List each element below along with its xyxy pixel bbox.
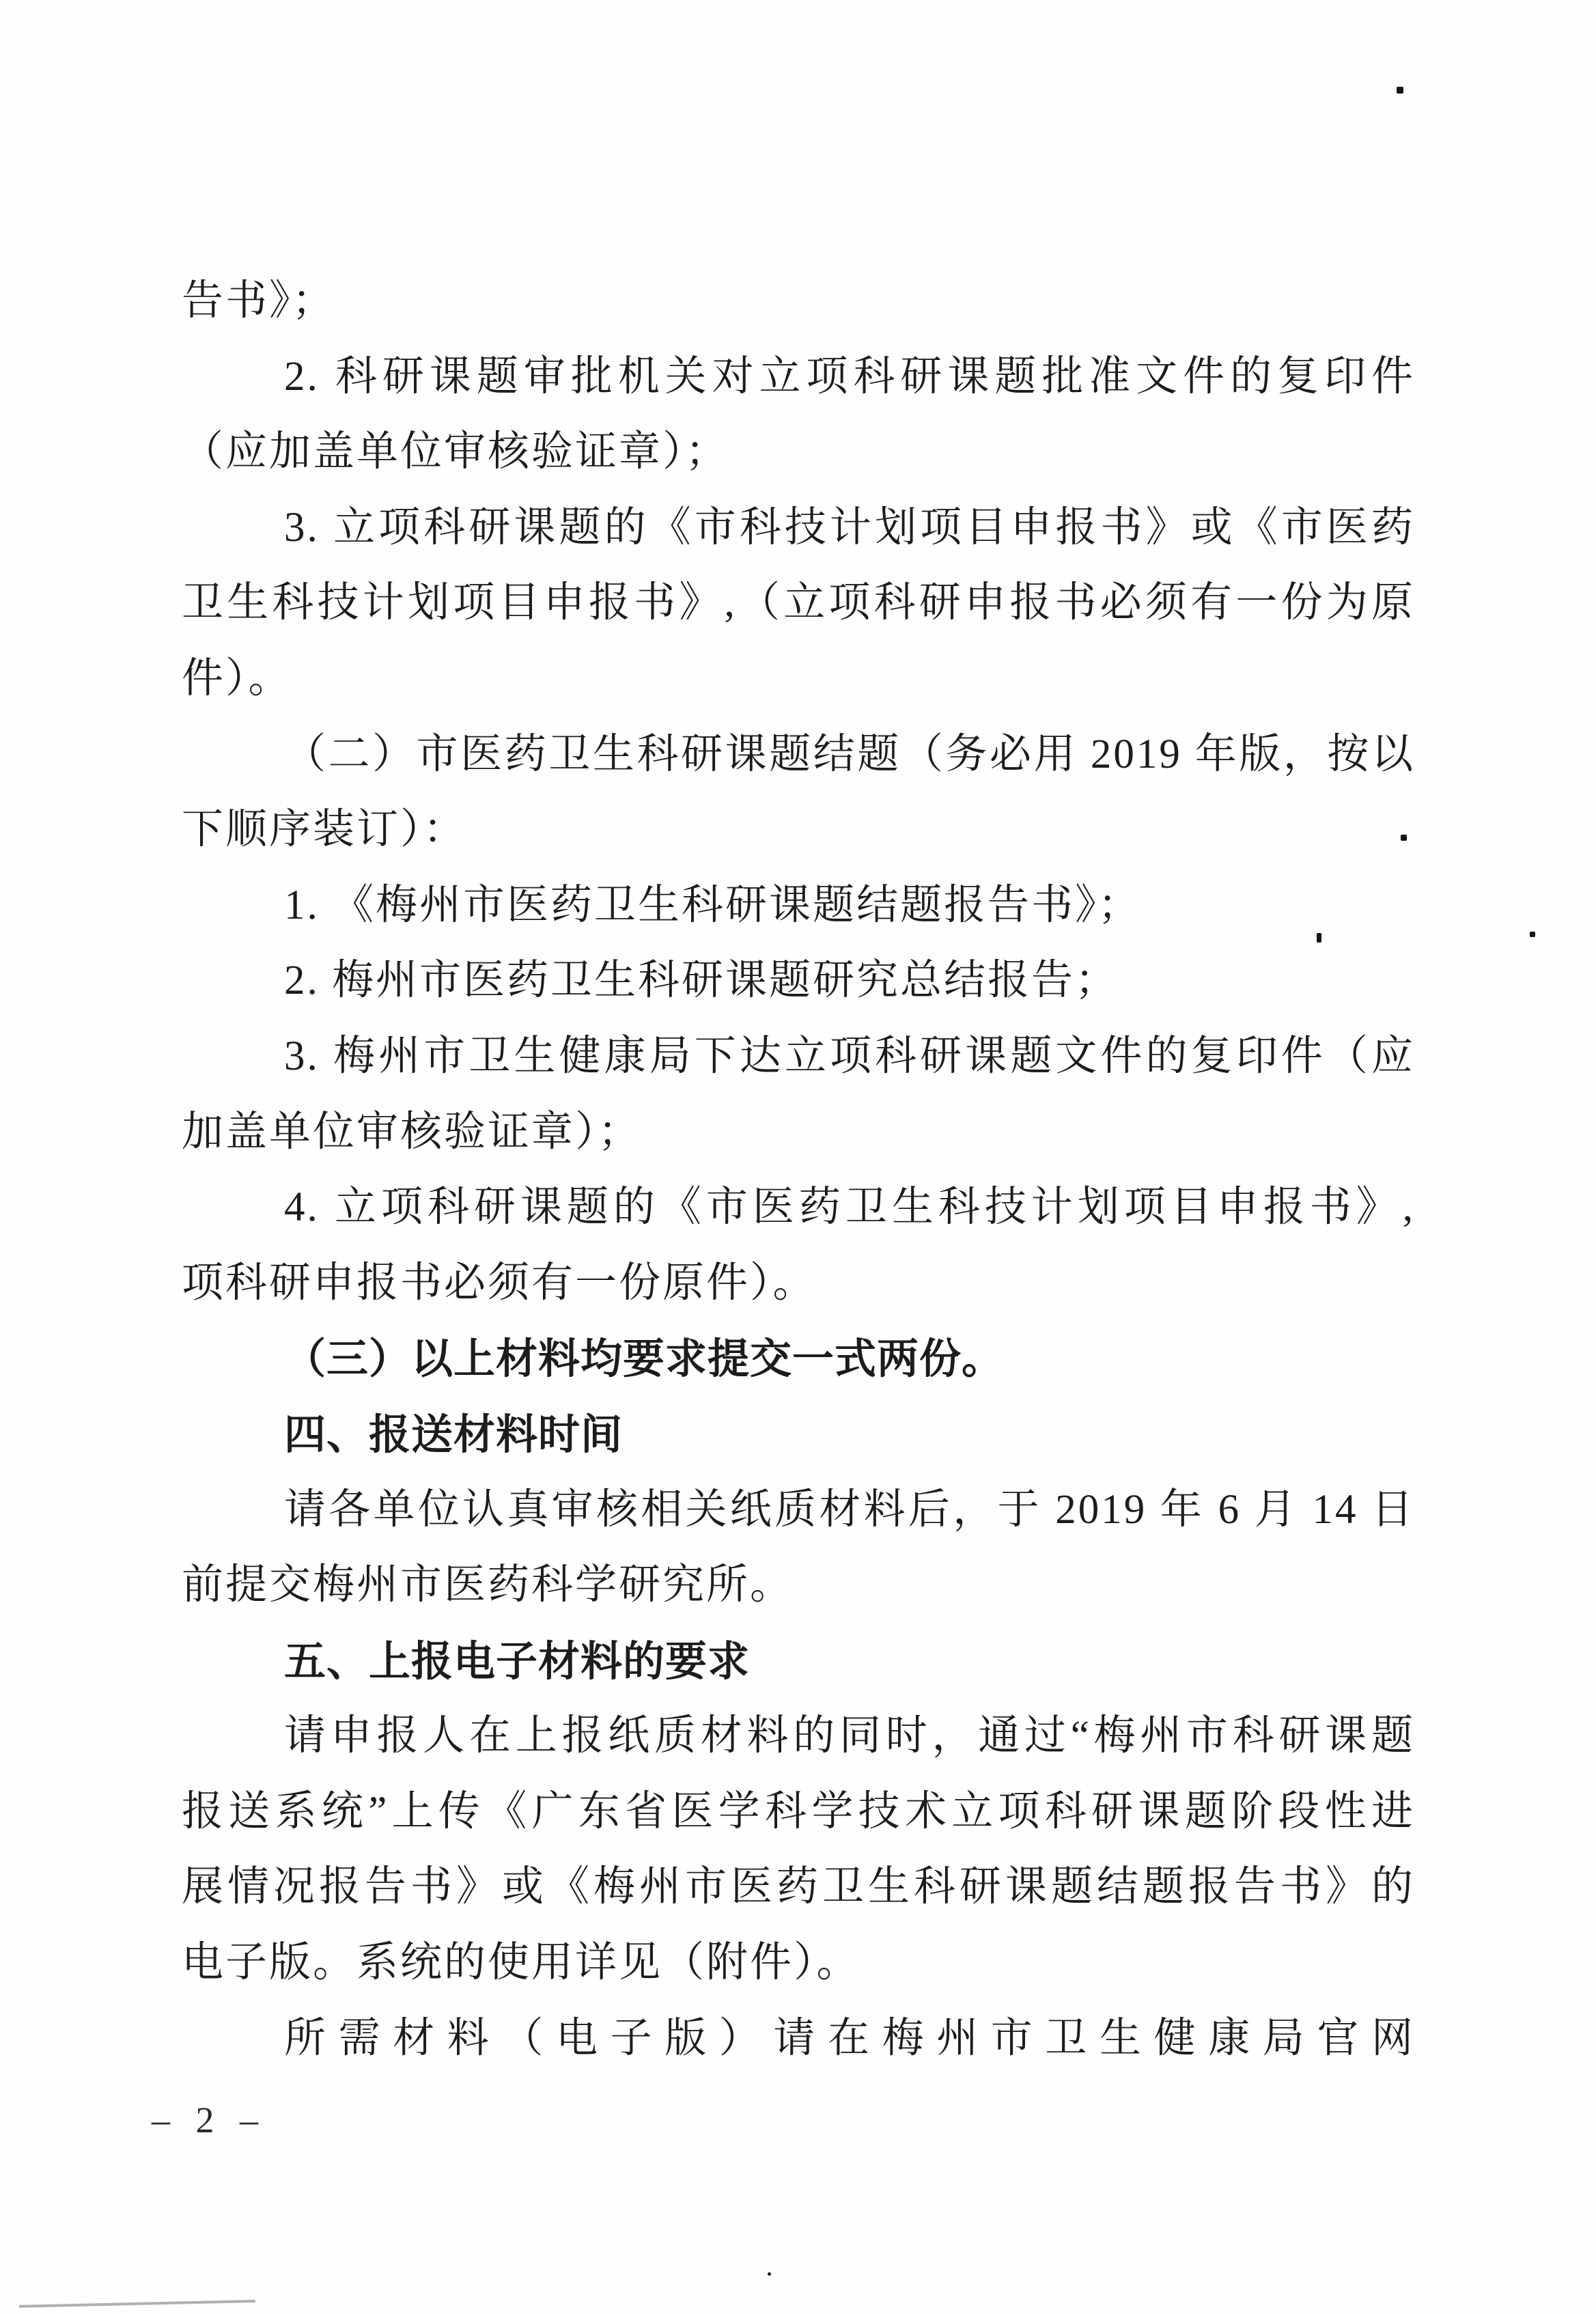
scan-artifact-speck bbox=[1401, 835, 1407, 841]
document-page: 告书》；2. 科研课题审批机关对立项科研课题批准文件的复印件（应加盖单位审核验证… bbox=[0, 0, 1596, 2314]
text-line: 四、报送材料时间 bbox=[182, 1397, 1415, 1473]
text-line: 4. 立项科研课题的《市医药卫生科技计划项目申报书》,（立 bbox=[182, 1170, 1415, 1246]
text-line: （二）市医药卫生科研课题结题（务必用 2019 年版，按以 bbox=[182, 717, 1415, 793]
text-line: 请申报人在上报纸质材料的同时，通过“梅州市科研课题 bbox=[182, 1699, 1415, 1774]
scan-artifact-line bbox=[19, 2300, 255, 2308]
scan-artifact-speck bbox=[1530, 932, 1535, 937]
text-line: 加盖单位审核验证章）； bbox=[182, 1095, 1415, 1171]
scan-artifact-speck bbox=[1317, 933, 1321, 943]
text-line: 报送系统”上传《广东省医学科学技术立项科研课题阶段性进 bbox=[182, 1774, 1415, 1850]
text-line: 前提交梅州市医药科学研究所。 bbox=[182, 1548, 1415, 1623]
text-line: 电子版。系统的使用详见（附件）。 bbox=[182, 1925, 1415, 2001]
text-line: 请各单位认真审核相关纸质材料后，于 2019 年 6 月 14 日 bbox=[182, 1473, 1415, 1548]
text-line: 项科研申报书必须有一份原件）。 bbox=[182, 1246, 1415, 1322]
text-line: 1. 《梅州市医药卫生科研课题结题报告书》； bbox=[182, 868, 1415, 944]
text-line: 告书》； bbox=[182, 264, 1415, 339]
text-line: 所需材料（电子版）请在梅州市卫生健康局官网 bbox=[182, 2001, 1415, 2077]
text-line: （应加盖单位审核验证章）； bbox=[182, 415, 1415, 490]
page-number: – 2 – bbox=[152, 2098, 266, 2142]
scan-artifact-speck bbox=[768, 2272, 771, 2276]
text-line: 2. 梅州市医药卫生科研课题研究总结报告； bbox=[182, 943, 1415, 1019]
document-body-text: 告书》；2. 科研课题审批机关对立项科研课题批准文件的复印件（应加盖单位审核验证… bbox=[182, 264, 1415, 2076]
text-line: 展情况报告书》或《梅州市医药卫生科研课题结题报告书》的 bbox=[182, 1850, 1415, 1925]
scan-artifact-speck bbox=[1397, 87, 1403, 94]
text-line: 下顺序装订）： bbox=[182, 792, 1415, 868]
text-line: （三）以上材料均要求提交一式两份。 bbox=[182, 1321, 1415, 1397]
text-line: 3. 梅州市卫生健康局下达立项科研课题文件的复印件（应 bbox=[182, 1019, 1415, 1095]
text-line: 2. 科研课题审批机关对立项科研课题批准文件的复印件 bbox=[182, 339, 1415, 415]
text-line: 3. 立项科研课题的《市科技计划项目申报书》或《市医药 bbox=[182, 490, 1415, 566]
text-line: 卫生科技计划项目申报书》,（立项科研申报书必须有一份为原 bbox=[182, 566, 1415, 641]
text-line: 件）。 bbox=[182, 641, 1415, 717]
text-line: 五、上报电子材料的要求 bbox=[182, 1623, 1415, 1699]
